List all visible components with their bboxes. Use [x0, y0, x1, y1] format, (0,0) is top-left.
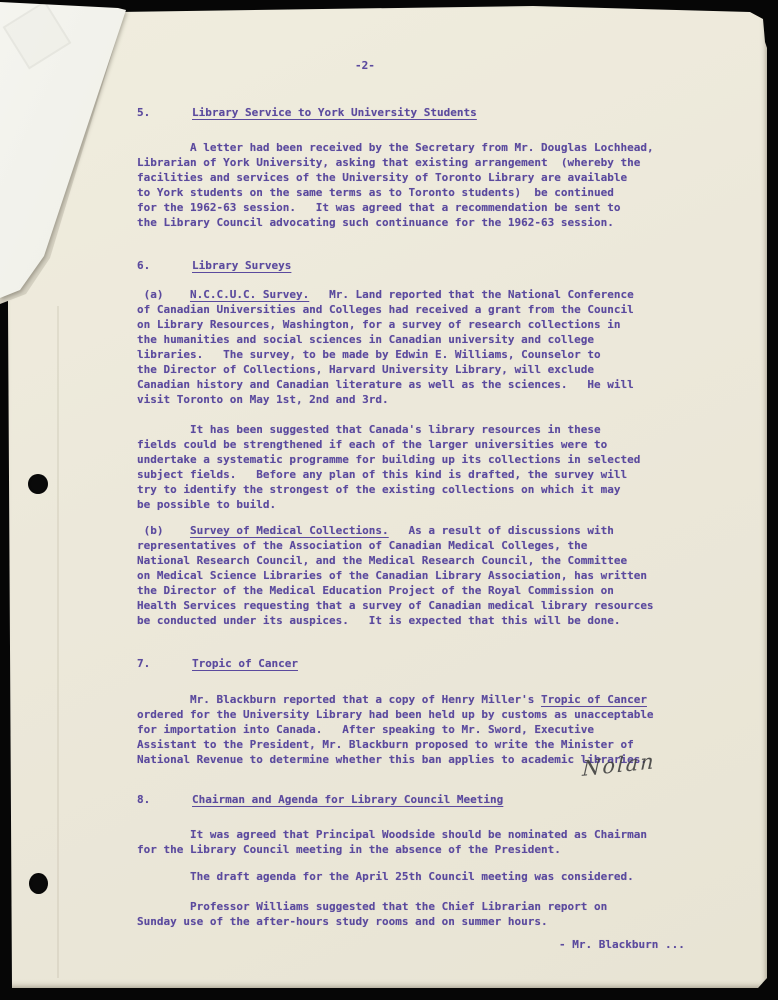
paragraph: Professor Williams suggested that the Ch… [137, 899, 751, 929]
page-corner-sheet-paper [0, 0, 150, 320]
section-number: 8. [137, 792, 192, 807]
section-heading-5: 5.Library Service to York University Stu… [137, 105, 751, 120]
page-number: -2- [355, 58, 375, 73]
text-run: It has been suggested that Canada's libr… [137, 423, 640, 511]
underlined-text: Survey of Medical Collections. [190, 524, 389, 537]
section-heading-6: 6.Library Surveys [137, 258, 751, 273]
continuation-note: - Mr. Blackburn ... [559, 937, 685, 952]
section-heading-7: 7.Tropic of Cancer [137, 656, 751, 671]
text-run: Professor Williams suggested that the Ch… [137, 900, 607, 928]
emboss-mark [3, 1, 72, 70]
underlined-text: Tropic of Cancer [541, 693, 647, 706]
paragraph: Mr. Blackburn reported that a copy of He… [137, 692, 751, 767]
text-run: The draft agenda for the April 25th Coun… [137, 870, 634, 883]
underlined-text: N.C.C.U.C. Survey. [190, 288, 309, 301]
document-body: 5.Library Service to York University Stu… [137, 105, 751, 929]
fold-line [57, 306, 59, 978]
page-corner-sheet [0, 0, 150, 320]
hole-punch-bottom [29, 873, 48, 894]
section-number: 7. [137, 656, 192, 671]
text-run: A letter had been received by the Secret… [137, 141, 654, 229]
section-heading-8: 8.Chairman and Agenda for Library Counci… [137, 792, 751, 807]
section-title: Library Surveys [192, 259, 291, 272]
paragraph: It has been suggested that Canada's libr… [137, 422, 751, 512]
background: { "colors": { "background": "#060606", "… [0, 0, 778, 1000]
paragraph: A letter had been received by the Secret… [137, 140, 751, 230]
hole-punch-top [28, 474, 48, 494]
paragraph: It was agreed that Principal Woodside sh… [137, 827, 751, 857]
text-run: As a result of discussions with represen… [137, 524, 654, 627]
text-run: It was agreed that Principal Woodside sh… [137, 828, 647, 856]
section-title: Chairman and Agenda for Library Council … [192, 793, 503, 806]
paragraph: (b) Survey of Medical Collections. As a … [137, 523, 751, 628]
section-title: Library Service to York University Stude… [192, 106, 477, 119]
paragraph: (a) N.C.C.U.C. Survey. Mr. Land reported… [137, 287, 751, 407]
paragraph: The draft agenda for the April 25th Coun… [137, 869, 751, 884]
text-run: Mr. Blackburn reported that a copy of He… [137, 693, 541, 706]
section-title: Tropic of Cancer [192, 657, 298, 670]
text-run: ordered for the University Library had b… [137, 708, 654, 766]
text-run: (b) [137, 524, 190, 537]
text-run: Mr. Land reported that the National Conf… [137, 288, 634, 406]
